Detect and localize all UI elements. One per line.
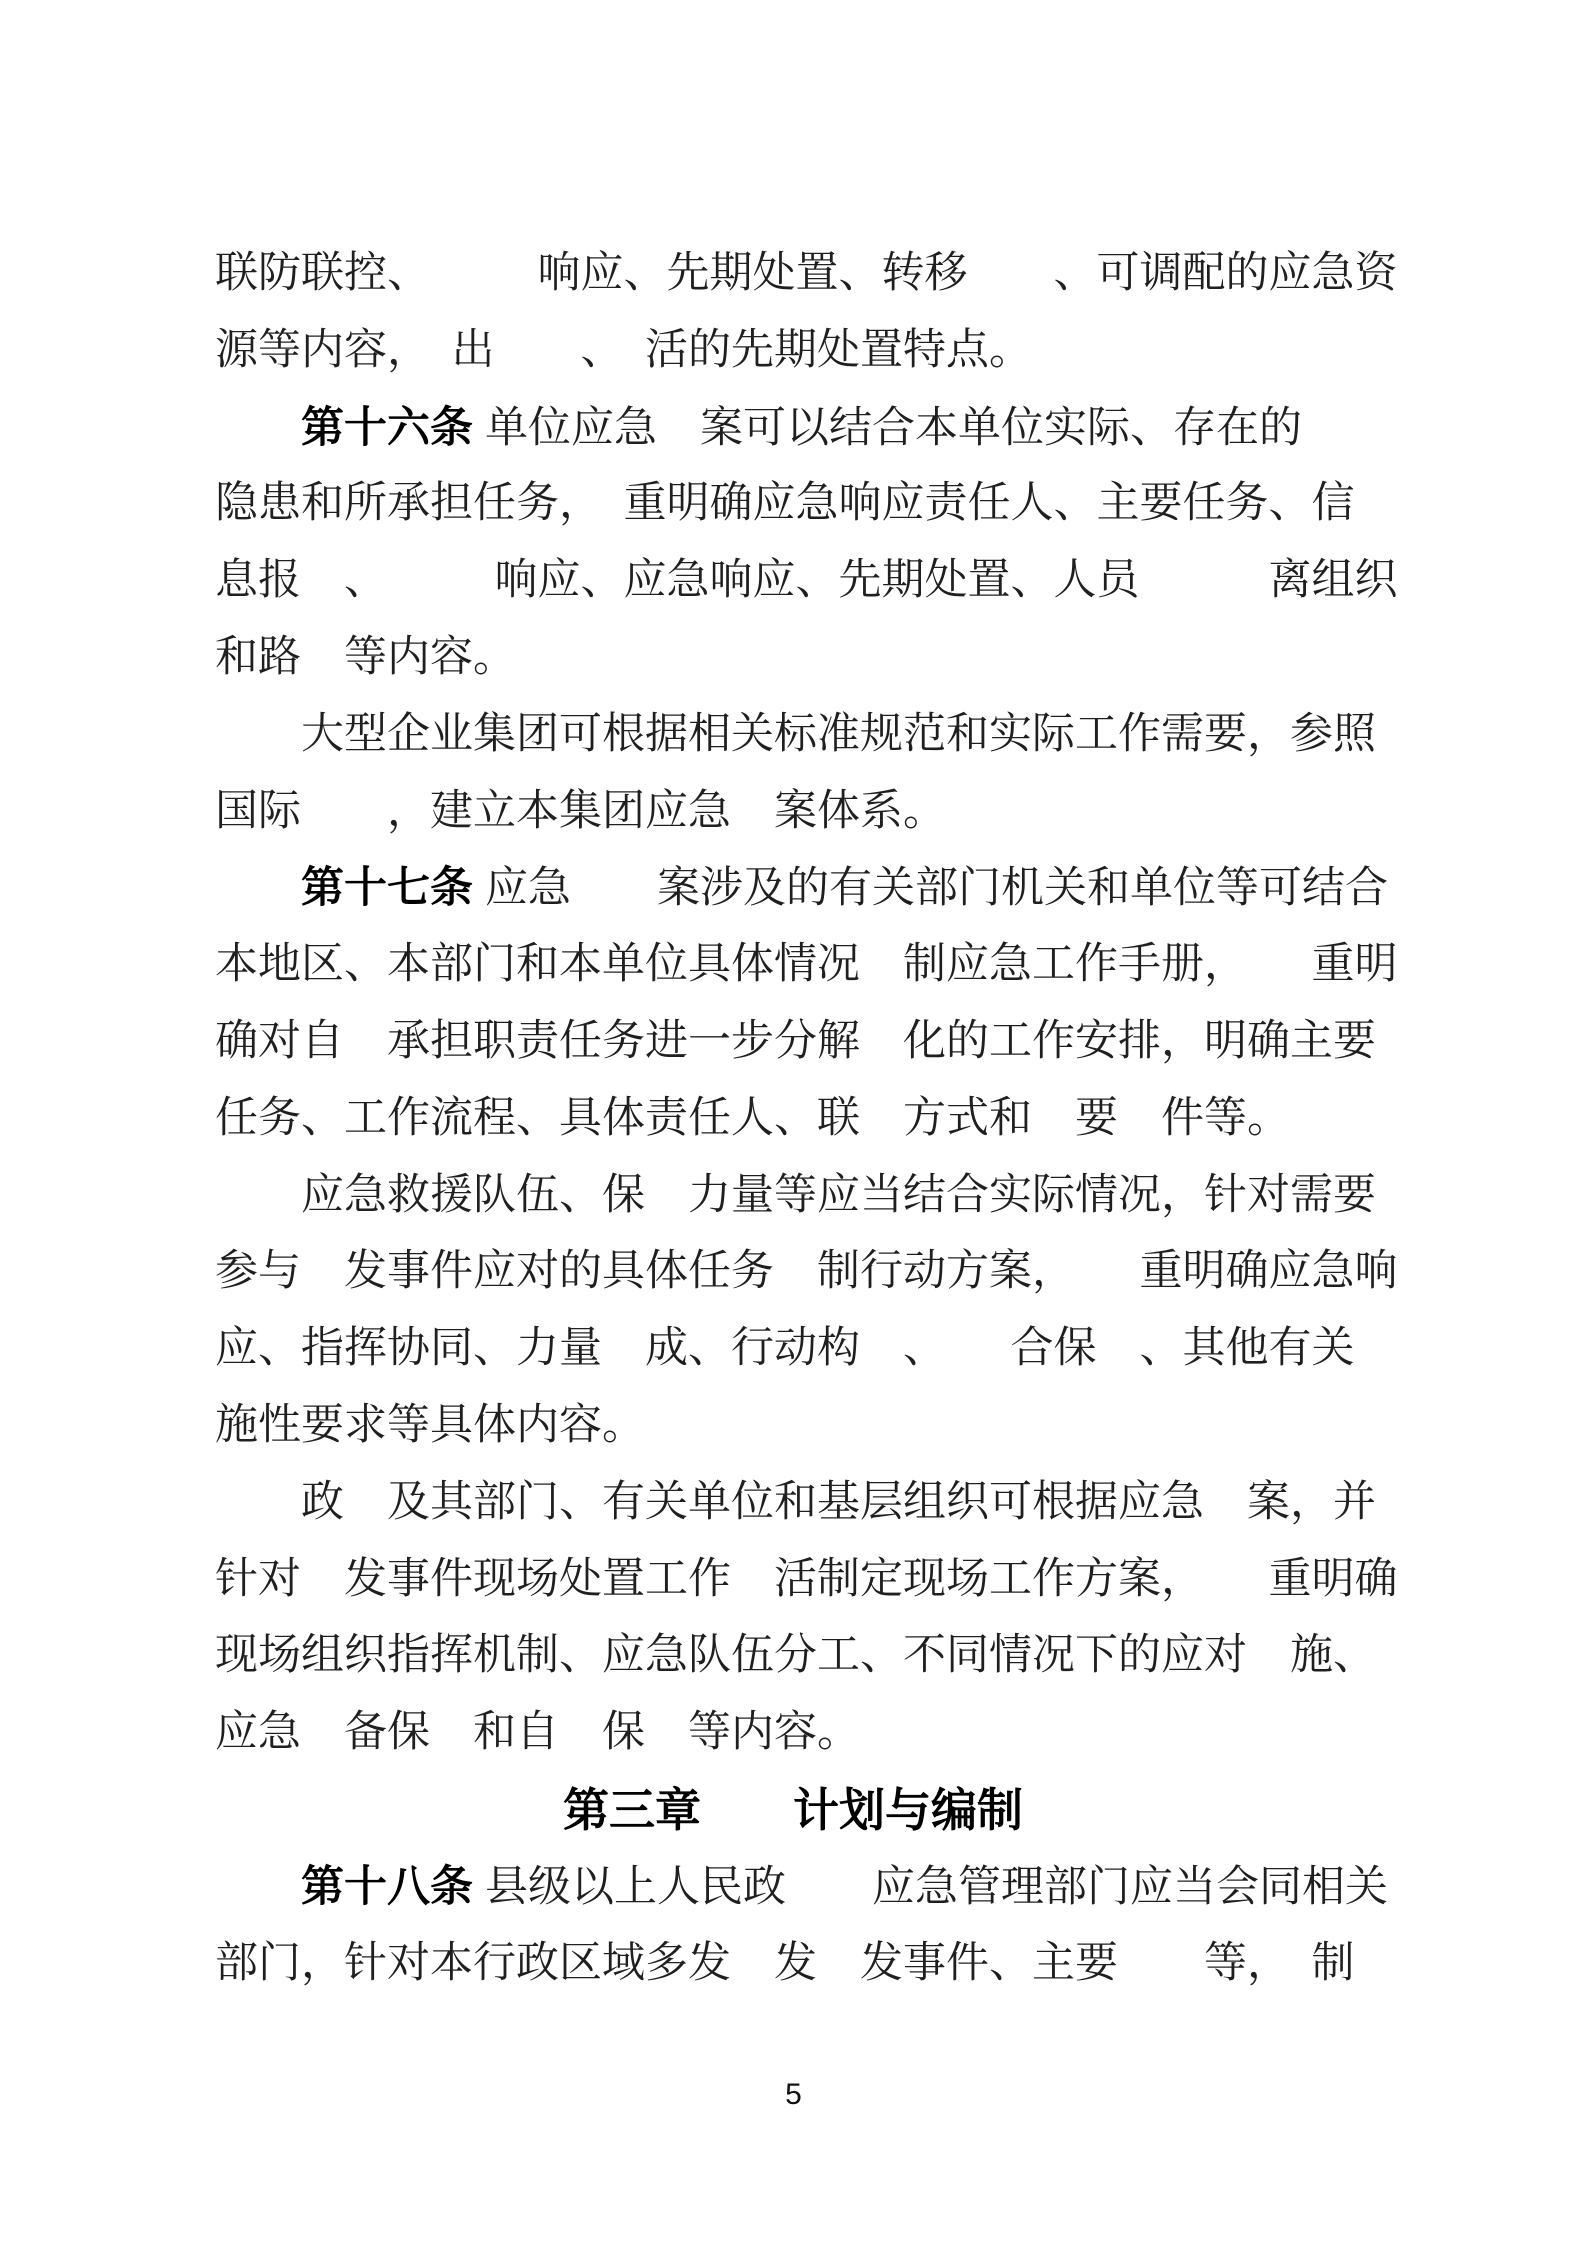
text-line: 源等内容， 出 、 活的先期处置特点。: [215, 313, 1371, 390]
text-line: 参与 发事件应对的具体任务 制行动方案， 重明确应急响: [215, 1234, 1371, 1311]
line-text: 施性要求等具体内容。: [215, 1402, 645, 1449]
page-content: 联防联控、 响应、先期处置、转移 、可调配的应急资源等内容， 出 、 活的先期处…: [215, 236, 1371, 2002]
text-line: 本地区、本部门和本单位具体情况 制应急工作手册， 重明: [215, 927, 1371, 1004]
text-line: 第十七条应急 案涉及的有关部门机关和单位等可结合: [215, 850, 1371, 927]
text-line: 政 及其部门、有关单位和基层组织可根据应急 案，并: [215, 1465, 1371, 1542]
text-line: 应急救援队伍、保 力量等应当结合实际情况，针对需要: [215, 1158, 1371, 1235]
line-text: 参与 发事件应对的具体任务 制行动方案， 重明确应急响: [215, 1248, 1398, 1295]
line-text: 息报 、 响应、应急响应、先期处置、人员 离组织: [215, 557, 1398, 604]
line-text: 大型企业集团可根据相关标准规范和实际工作需要，参照: [301, 711, 1376, 758]
line-text: 源等内容， 出 、 活的先期处置特点。: [215, 327, 1032, 374]
text-line: 联防联控、 响应、先期处置、转移 、可调配的应急资: [215, 236, 1371, 313]
line-text: 县级以上人民政 应急管理部门应当会同相关: [485, 1864, 1388, 1911]
line-text: 应、指挥协同、力量 成、行动构 、 合保 、其他有关: [215, 1325, 1355, 1372]
line-text: 确对自 承担职责任务进一步分解 化的工作安排，明确主要: [215, 1018, 1376, 1065]
line-text: 应急 备保 和自 保 等内容。: [215, 1709, 860, 1756]
article-number: 第十七条: [301, 864, 473, 912]
line-text: 部门，针对本行政区域多发 发 发事件、主要 等， 制: [215, 1940, 1355, 1987]
line-text: 国际 ，建立本集团应急 案体系。: [215, 788, 946, 835]
text-line: 应急 备保 和自 保 等内容。: [215, 1695, 1371, 1772]
line-text: 联防联控、 响应、先期处置、转移 、可调配的应急资: [215, 250, 1398, 297]
text-line: 大型企业集团可根据相关标准规范和实际工作需要，参照: [215, 697, 1371, 774]
text-line: 部门，针对本行政区域多发 发 发事件、主要 等， 制: [215, 1926, 1371, 2003]
text-line: 施性要求等具体内容。: [215, 1388, 1371, 1465]
line-text: 和路 等内容。: [215, 634, 516, 681]
text-line: 确对自 承担职责任务进一步分解 化的工作安排，明确主要: [215, 1004, 1371, 1081]
line-text: 政 及其部门、有关单位和基层组织可根据应急 案，并: [301, 1479, 1376, 1526]
text-line: 任务、工作流程、具体责任人、联 方式和 要 件等。: [215, 1081, 1371, 1158]
line-text: 本地区、本部门和本单位具体情况 制应急工作手册， 重明: [215, 941, 1398, 988]
text-line: 隐患和所承担任务， 重明确应急响应责任人、主要任务、信: [215, 466, 1371, 543]
article-number: 第十八条: [301, 1863, 473, 1911]
text-line: 国际 ，建立本集团应急 案体系。: [215, 774, 1371, 851]
text-line: 和路 等内容。: [215, 620, 1371, 697]
line-text: 第三章 计划与编制: [563, 1784, 1023, 1836]
text-line: 应、指挥协同、力量 成、行动构 、 合保 、其他有关: [215, 1311, 1371, 1388]
chapter-heading: 第三章 计划与编制: [215, 1772, 1371, 1849]
line-text: 单位应急 案可以结合本单位实际、存在的: [485, 405, 1302, 452]
line-text: 隐患和所承担任务， 重明确应急响应责任人、主要任务、信: [215, 480, 1355, 527]
line-text: 应急救援队伍、保 力量等应当结合实际情况，针对需要: [301, 1172, 1376, 1219]
text-line: 息报 、 响应、应急响应、先期处置、人员 离组织: [215, 543, 1371, 620]
document-page: 联防联控、 响应、先期处置、转移 、可调配的应急资源等内容， 出 、 活的先期处…: [0, 0, 1587, 2245]
page-number: 5: [0, 2078, 1587, 2112]
text-line: 第十八条县级以上人民政 应急管理部门应当会同相关: [215, 1849, 1371, 1926]
text-line: 现场组织指挥机制、应急队伍分工、不同情况下的应对 施、: [215, 1618, 1371, 1695]
text-line: 第十六条单位应急 案可以结合本单位实际、存在的: [215, 390, 1371, 467]
line-text: 任务、工作流程、具体责任人、联 方式和 要 件等。: [215, 1095, 1290, 1142]
line-text: 应急 案涉及的有关部门机关和单位等可结合: [485, 865, 1388, 912]
line-text: 针对 发事件现场处置工作 活制定现场工作方案， 重明确: [215, 1556, 1398, 1603]
text-line: 针对 发事件现场处置工作 活制定现场工作方案， 重明确: [215, 1542, 1371, 1619]
article-number: 第十六条: [301, 404, 473, 452]
line-text: 现场组织指挥机制、应急队伍分工、不同情况下的应对 施、: [215, 1632, 1376, 1679]
